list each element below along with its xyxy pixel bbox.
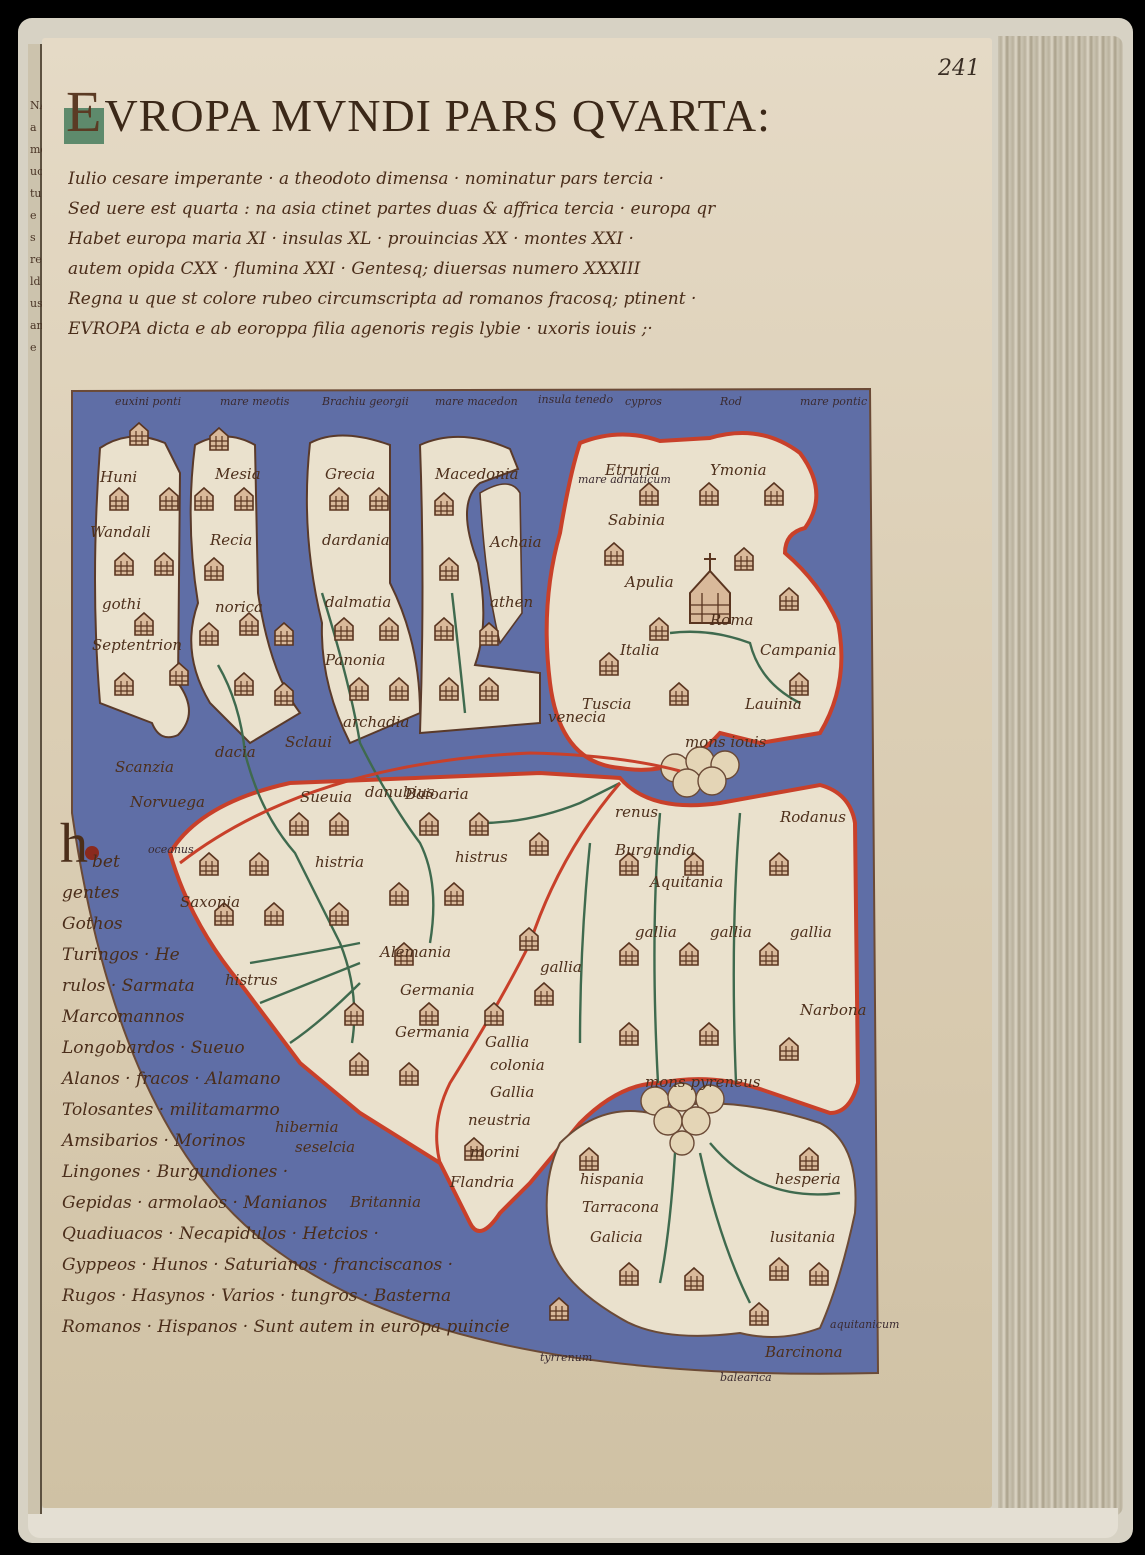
sea-label: mare meotis — [220, 395, 289, 408]
region-label: Macedonia — [435, 465, 519, 483]
title-initial: E — [64, 79, 104, 144]
intro-line: autem opida CXX · flumina XXI · Gentesq;… — [68, 254, 888, 284]
region-label: gallia — [790, 923, 832, 941]
peoples-line: Gyppeos · Hunos · Saturianos · francisca… — [62, 1250, 582, 1281]
sea-label: tyrrenum — [540, 1351, 592, 1364]
region-label: Baioaria — [405, 785, 469, 803]
peoples-line: Quadiuacos · Necapidulos · Hetcios · — [62, 1219, 582, 1250]
folio-number: 241 — [938, 56, 980, 81]
peoples-line: Amsibarios · Morinos — [62, 1126, 582, 1157]
title-text: VROPA MVNDI PARS QVARTA — [104, 90, 757, 141]
sea-label: cypros — [625, 395, 662, 408]
manuscript-page: 241 EVROPA MVNDI PARS QVARTA: Iulio cesa… — [42, 38, 992, 1508]
peoples-line: Romanos · Hispanos · Sunt autem in europ… — [62, 1312, 582, 1343]
region-label: dardania — [322, 531, 390, 549]
region-label: Rodanus — [780, 808, 846, 826]
intro-line: Iulio cesare imperante · a theodoto dime… — [68, 164, 888, 194]
intro-line: Sed uere est quarta : na asia ctinet par… — [68, 194, 888, 224]
peoples-line: gentes — [62, 878, 582, 909]
region-label: dalmatia — [325, 593, 391, 611]
peoples-line: Turingos · He — [62, 940, 582, 971]
region-label: Narbona — [800, 1001, 866, 1019]
region-label: Huni — [100, 468, 137, 486]
sea-label: balearica — [720, 1371, 772, 1384]
intro-line: EVROPA dicta e ab eoroppa filia agenoris… — [68, 314, 888, 344]
region-label: Panonia — [325, 651, 385, 669]
region-label: Roma — [710, 611, 754, 629]
region-label: Tuscia — [582, 695, 632, 713]
intro-text: Iulio cesare imperante · a theodoto dime… — [68, 164, 888, 344]
region-label: gothi — [102, 595, 141, 613]
region-label: Galicia — [590, 1228, 643, 1246]
region-label: renus — [615, 803, 658, 821]
intro-line: Regna u que st colore rubeo circumscript… — [68, 284, 888, 314]
region-label: Apulia — [625, 573, 674, 591]
region-label: norica — [215, 598, 263, 616]
sea-label: mare macedon — [435, 395, 518, 408]
region-label: Sueuia — [300, 788, 352, 806]
region-label: Mesia — [215, 465, 261, 483]
region-label: Grecia — [325, 465, 375, 483]
book-bottom-edge — [28, 1508, 1118, 1538]
peoples-line: bet — [62, 847, 582, 878]
region-label: Achaia — [490, 533, 542, 551]
sea-label: aquitanicum — [830, 1318, 899, 1331]
peoples-line: Gothos — [62, 909, 582, 940]
region-label: Tarracona — [582, 1198, 659, 1216]
peoples-line: Rugos · Hasynos · Varios · tungros · Bas… — [62, 1281, 582, 1312]
peoples-line: Alanos · fracos · Alamano — [62, 1064, 582, 1095]
peoples-line: Tolosantes · militamarmo — [62, 1095, 582, 1126]
region-label: Italia — [620, 641, 659, 659]
region-label: Scanzia — [115, 758, 174, 776]
region-label: hesperia — [775, 1170, 841, 1188]
region-label: Recia — [210, 531, 252, 549]
peoples-line: Gepidas · armolaos · Manianos — [62, 1188, 582, 1219]
sea-label: insula tenedo — [538, 393, 613, 406]
region-label: Burgundia — [615, 841, 695, 859]
region-label: Sclaui — [285, 733, 332, 751]
peoples-line: rulos · Sarmata — [62, 971, 582, 1002]
peoples-line: Marcomannos — [62, 1002, 582, 1033]
peoples-list: abetbetgentesGothosTuringos · Herulos · … — [62, 816, 582, 1343]
region-label: gallia — [710, 923, 752, 941]
region-label: Campania — [760, 641, 837, 659]
peoples-line: Longobardos · Sueuo — [62, 1033, 582, 1064]
region-label: Norvuega — [130, 793, 205, 811]
sea-label: Brachiu georgii — [322, 395, 409, 408]
region-label: Sabinia — [608, 511, 665, 529]
region-label: Etruria — [605, 461, 660, 479]
title-punctuation: : — [757, 90, 771, 141]
region-label: Wandali — [90, 523, 151, 541]
page-title: EVROPA MVNDI PARS QVARTA: — [64, 78, 771, 145]
region-label: Septentrion — [92, 636, 182, 654]
region-label: gallia — [635, 923, 677, 941]
peoples-line: Lingones · Burgundiones · — [62, 1157, 582, 1188]
sea-label: Rod — [720, 395, 742, 408]
region-label: dacia — [215, 743, 256, 761]
region-label: mons iouis — [685, 733, 766, 751]
region-label: Aquitania — [650, 873, 723, 891]
book-fore-edge — [998, 36, 1123, 1516]
region-label: Ymonia — [710, 461, 767, 479]
region-label: Lauinia — [745, 695, 802, 713]
region-label: hispania — [580, 1170, 644, 1188]
region-label: athen — [490, 593, 533, 611]
intro-line: Habet europa maria XI · insulas XL · pro… — [68, 224, 888, 254]
region-label: archadia — [343, 713, 409, 731]
region-label: lusitania — [770, 1228, 835, 1246]
sea-label: euxini ponti — [115, 395, 181, 408]
region-label: Barcinona — [765, 1343, 843, 1361]
sea-label: mare pontic — [800, 395, 867, 408]
region-label: mons pyreneus — [645, 1073, 760, 1091]
